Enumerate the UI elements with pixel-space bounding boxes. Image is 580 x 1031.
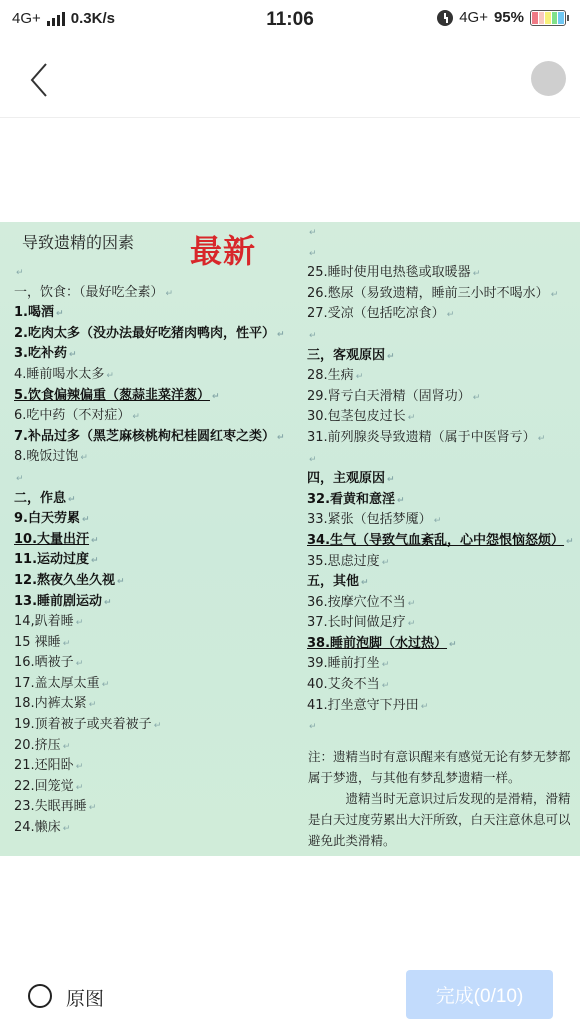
paragraph-mark: ↵ <box>14 468 304 489</box>
return-mark-icon: ↵ <box>382 681 390 691</box>
return-mark-icon: ↵ <box>387 352 395 362</box>
return-mark-icon: ↵ <box>473 393 481 403</box>
list-item: 38.睡前泡脚（水过热）↵ <box>307 634 577 655</box>
return-mark-icon: ↵ <box>434 516 442 526</box>
list-item: 4.睡前喝水太多↵ <box>14 365 304 386</box>
return-mark-icon: ↵ <box>566 537 574 547</box>
list-item: 26.憋尿（易致遗精，睡前三小时不喝水）↵ <box>307 284 577 305</box>
list-item: 10.大量出汗↵ <box>14 530 304 551</box>
list-item: 2.吃肉太多（没办法最好吃猪肉鸭肉，性平）↵ <box>14 324 304 345</box>
nav-bar <box>0 40 580 118</box>
return-mark-icon: ↵ <box>63 824 71 834</box>
list-item: 37.长时间做足疗↵ <box>307 613 577 634</box>
list-item: 16.晒被子↵ <box>14 653 304 674</box>
return-mark-icon: ↵ <box>408 619 416 629</box>
return-mark-icon: ↵ <box>76 783 84 793</box>
note-paragraph-1: 注：遗精当时有意识醒来有感觉无论有梦无梦都属于梦遗，与其他有梦乱梦遗精一样。 <box>308 746 576 788</box>
return-mark-icon: ↵ <box>69 350 77 360</box>
return-mark-icon: ↵ <box>63 639 71 649</box>
return-mark-icon: ↵ <box>80 453 88 463</box>
list-item: 21.还阳卧↵ <box>14 756 304 777</box>
list-item: 二，作息↵ <box>14 489 304 510</box>
return-mark-icon: ↵ <box>382 660 390 670</box>
list-item: 三，客观原因↵ <box>307 346 577 367</box>
note-block: 注：遗精当时有意识醒来有感觉无论有梦无梦都属于梦遗，与其他有梦乱梦遗精一样。 遗… <box>308 746 576 851</box>
list-item: 39.睡前打坐↵ <box>307 654 577 675</box>
network-type-right: 4G+ <box>459 9 488 26</box>
return-mark-icon: ↵ <box>309 228 317 238</box>
return-mark-icon: ↵ <box>447 310 455 320</box>
return-mark-icon: ↵ <box>68 495 76 505</box>
list-item: 24.懒床↵ <box>14 818 304 839</box>
paragraph-mark: ↵ <box>307 243 577 264</box>
paragraph-mark: ↵ <box>307 325 577 346</box>
list-item: 27.受凉（包括吃凉食）↵ <box>307 304 577 325</box>
return-mark-icon: ↵ <box>89 803 97 813</box>
return-mark-icon: ↵ <box>309 249 317 259</box>
avatar[interactable] <box>531 61 566 96</box>
return-mark-icon: ↵ <box>382 558 390 568</box>
return-mark-icon: ↵ <box>89 700 97 710</box>
return-mark-icon: ↵ <box>473 269 481 279</box>
back-button[interactable] <box>26 60 56 100</box>
return-mark-icon: ↵ <box>102 680 110 690</box>
return-mark-icon: ↵ <box>421 702 429 712</box>
bottom-bar: 原图 完成(0/10) <box>0 960 580 1031</box>
list-item: 四，主观原因↵ <box>307 469 577 490</box>
return-mark-icon: ↵ <box>309 455 317 465</box>
list-item: 12.熬夜久坐久视↵ <box>14 571 304 592</box>
return-mark-icon: ↵ <box>309 722 317 732</box>
list-item: 8.晚饭过饱↵ <box>14 447 304 468</box>
paragraph-mark: ↵ <box>14 262 304 283</box>
list-item: 34.生气（导致气血紊乱，心中怨恨恼怒烦）↵ <box>307 531 577 552</box>
return-mark-icon: ↵ <box>277 330 285 340</box>
return-mark-icon: ↵ <box>166 289 174 299</box>
list-item: 25.睡时使用电热毯或取暖器↵ <box>307 263 577 284</box>
list-item: 7.补品过多（黑芝麻核桃枸杞桂圆红枣之类）↵ <box>14 427 304 448</box>
return-mark-icon: ↵ <box>361 578 369 588</box>
return-mark-icon: ↵ <box>449 640 457 650</box>
list-item: 18.内裤太紧↵ <box>14 694 304 715</box>
list-item: 22.回笼觉↵ <box>14 777 304 798</box>
return-mark-icon: ↵ <box>76 618 84 628</box>
return-mark-icon: ↵ <box>408 413 416 423</box>
return-mark-icon: ↵ <box>356 372 364 382</box>
battery-percent: 95% <box>494 9 524 26</box>
list-item: 5.饮食偏辣偏重（葱蒜韭菜洋葱）↵ <box>14 386 304 407</box>
list-item: 30.包茎包皮过长↵ <box>307 407 577 428</box>
note-paragraph-2: 遗精当时无意识过后发现的是滑精，滑精是白天过度劳累出大汗所致，白天注意休息可以避… <box>308 788 576 851</box>
list-item: 41.打坐意守下丹田↵ <box>307 696 577 717</box>
list-item: 35.思虑过度↵ <box>307 552 577 573</box>
return-mark-icon: ↵ <box>408 599 416 609</box>
return-mark-icon: ↵ <box>104 598 112 608</box>
return-mark-icon: ↵ <box>16 474 24 484</box>
return-mark-icon: ↵ <box>106 371 114 381</box>
list-item: 36.按摩穴位不当↵ <box>307 593 577 614</box>
list-item: 32.看黄和意淫↵ <box>307 490 577 511</box>
list-item: 3.吃补药↵ <box>14 344 304 365</box>
return-mark-icon: ↵ <box>309 331 317 341</box>
return-mark-icon: ↵ <box>132 412 140 422</box>
list-item: 五，其他↵ <box>307 572 577 593</box>
done-button[interactable]: 完成(0/10) <box>406 970 553 1019</box>
return-mark-icon: ↵ <box>538 434 546 444</box>
status-right: 4G+ 95% <box>437 9 566 26</box>
return-mark-icon: ↵ <box>76 659 84 669</box>
return-mark-icon: ↵ <box>397 496 405 506</box>
list-item: 31.前列腺炎导致遗精（属于中医肾亏）↵ <box>307 428 577 449</box>
return-mark-icon: ↵ <box>277 433 285 443</box>
paragraph-mark: ↵ <box>307 222 577 243</box>
alarm-icon <box>437 10 453 26</box>
list-item: 9.白天劳累↵ <box>14 509 304 530</box>
list-item: 11.运动过度↵ <box>14 550 304 571</box>
list-item: 14,趴着睡↵ <box>14 612 304 633</box>
return-mark-icon: ↵ <box>16 268 24 278</box>
paragraph-mark: ↵ <box>307 449 577 470</box>
chevron-left-icon <box>26 60 56 100</box>
return-mark-icon: ↵ <box>387 475 395 485</box>
right-column: ↵↵25.睡时使用电热毯或取暖器↵26.憋尿（易致遗精，睡前三小时不喝水）↵27… <box>307 222 577 737</box>
return-mark-icon: ↵ <box>91 556 99 566</box>
list-item: 6.吃中药（不对症）↵ <box>14 406 304 427</box>
return-mark-icon: ↵ <box>56 309 64 319</box>
list-item: 20.挤压↵ <box>14 736 304 757</box>
return-mark-icon: ↵ <box>212 392 220 402</box>
paragraph-mark: ↵ <box>307 716 577 737</box>
list-item: 17.盖太厚太重↵ <box>14 674 304 695</box>
list-item: 13.睡前剧运动↵ <box>14 592 304 613</box>
return-mark-icon: ↵ <box>82 515 90 525</box>
image-preview[interactable]: 导致遗精的因素 最新 ↵一，饮食：（最好吃全素）↵1.喝酒↵2.吃肉太多（没办法… <box>0 222 580 856</box>
left-column: ↵一，饮食：（最好吃全素）↵1.喝酒↵2.吃肉太多（没办法最好吃猪肉鸭肉，性平）… <box>14 262 304 839</box>
return-mark-icon: ↵ <box>154 721 162 731</box>
list-item: 33.紧张（包括梦魇）↵ <box>307 510 577 531</box>
list-item: 19.顶着被子或夹着被子↵ <box>14 715 304 736</box>
list-item: 15 裸睡↵ <box>14 633 304 654</box>
original-image-label[interactable]: 原图 <box>66 984 104 1011</box>
return-mark-icon: ↵ <box>117 577 125 587</box>
return-mark-icon: ↵ <box>551 290 559 300</box>
return-mark-icon: ↵ <box>63 742 71 752</box>
battery-icon <box>530 10 566 26</box>
status-bar: 4G+ 0.3K/s 11:06 4G+ 95% <box>0 0 580 40</box>
document-title: 导致遗精的因素 <box>22 230 134 253</box>
list-item: 40.艾灸不当↵ <box>307 675 577 696</box>
list-item: 29.肾亏白天滑精（固肾功）↵ <box>307 387 577 408</box>
list-item: 一，饮食：（最好吃全素）↵ <box>14 283 304 304</box>
return-mark-icon: ↵ <box>76 762 84 772</box>
original-image-radio[interactable] <box>28 984 52 1008</box>
list-item: 28.生病↵ <box>307 366 577 387</box>
list-item: 1.喝酒↵ <box>14 303 304 324</box>
return-mark-icon: ↵ <box>91 536 99 546</box>
list-item: 23.失眠再睡↵ <box>14 797 304 818</box>
